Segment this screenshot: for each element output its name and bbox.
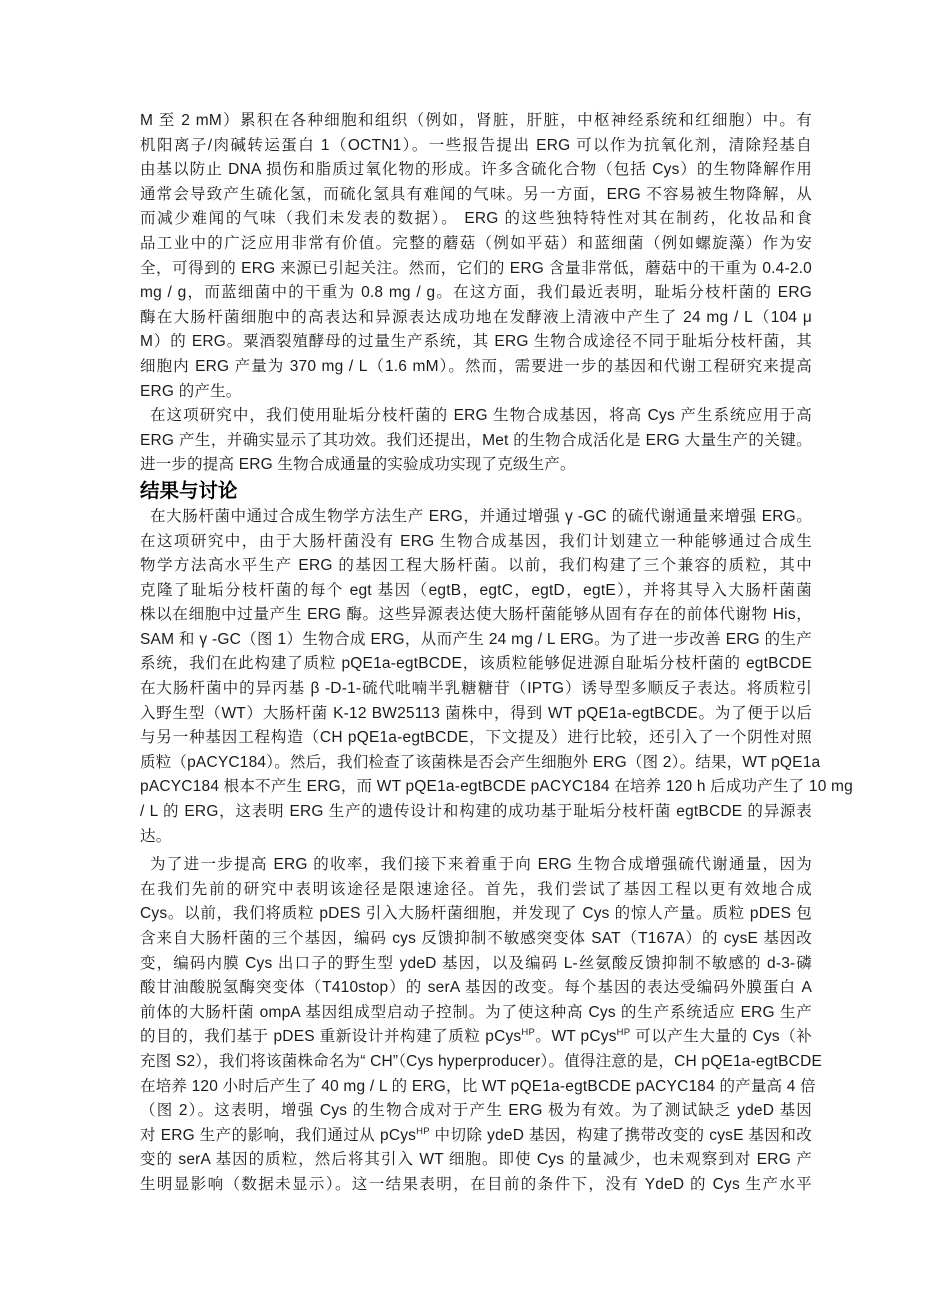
text-line: 生明显影响（数据未显示）。这一结果表明，在目前的条件下，没有 YdeD 的 Cy… xyxy=(140,1173,812,1198)
text-line: 为了进一步提高 ERG 的收率，我们接下来着重于向 ERG 生物合成增强硫代谢通… xyxy=(140,853,812,878)
text-line: M）的 ERG。粟酒裂殖酵母的过量生产系统，其 ERG 生物合成途径不同于耻垢分… xyxy=(140,330,812,355)
text-line: 酶在大肠杆菌细胞中的高表达和异源表达成功地在发酵液上清液中产生了 24 mg /… xyxy=(140,306,812,331)
text-line: M 至 2 mM）累积在各种细胞和组织（例如，肾脏，肝脏，中枢神经系统和红细胞）… xyxy=(140,109,812,134)
text-line: 品工业中的广泛应用非常有价值。完整的蘑菇（例如平菇）和蓝细菌（例如螺旋藻）作为安 xyxy=(140,232,812,257)
text-line: （图 2）。这表明，增强 Cys 的生物合成对于产生 ERG 极为有效。为了测试… xyxy=(140,1099,812,1124)
text-line: 在大肠杆菌中通过合成生物学方法生产 ERG，并通过增强 γ -GC 的硫代谢通量… xyxy=(140,505,812,530)
text-line: 在这项研究中，我们使用耻垢分枝杆菌的 ERG 生物合成基因，将高 Cys 产生系… xyxy=(140,404,812,429)
text-line: 充图 S2），我们将该菌株命名为“ CH”（Cys hyperproducer）… xyxy=(140,1050,812,1075)
text-line: 在培养 120 小时后产生了 40 mg / L 的 ERG，比 WT pQE1… xyxy=(140,1075,812,1100)
text-line: 对 ERG 生产的影响，我们通过从 pCysHP 中切除 ydeD 基因，构建了… xyxy=(140,1124,812,1149)
text-line: 质粒（pACYC184）。然后，我们检查了该菌株是否会产生细胞外 ERG（图 2… xyxy=(140,751,812,776)
text-line: / L 的 ERG，这表明 ERG 生产的遗传设计和构建的成功基于耻垢分枝杆菌 … xyxy=(140,800,812,825)
text-line: 而减少难闻的气味（我们未发表的数据）。 ERG 的这些独特特性对其在制药，化妆品… xyxy=(140,207,812,232)
text-line: 前体的大肠杆菌 ompA 基因组成型启动子控制。为了使这种高 Cys 的生产系统… xyxy=(140,1001,812,1026)
text-line: 克隆了耻垢分枝杆菌的每个 egt 基因（egtB，egtC，egtD，egtE）… xyxy=(140,579,812,604)
text-line: 进一步的提高 ERG 生物合成通量的实验成功实现了克级生产。 xyxy=(140,453,812,478)
superscript: HP xyxy=(416,1126,430,1137)
text-line: 细胞内 ERG 产量为 370 mg / L（1.6 mM）。然而，需要进一步的… xyxy=(140,355,812,380)
text-line: 与另一种基因工程构造（CH pQE1a-egtBCDE，下文提及）进行比较，还引… xyxy=(140,726,812,751)
text-line: 变的 serA 基因的质粒，然后将其引入 WT 细胞。即使 Cys 的量减少，也… xyxy=(140,1148,812,1173)
document-page: { "page": { "background": "#ffffff", "te… xyxy=(0,0,926,1309)
text-line: 变，编码内膜 Cys 出口子的野生型 ydeD 基因，以及编码 L-丝氨酸反馈抑… xyxy=(140,952,812,977)
paragraph: 在这项研究中，我们使用耻垢分枝杆菌的 ERG 生物合成基因，将高 Cys 产生系… xyxy=(140,404,812,478)
text-line: ERG 产生，并确实显示了其功效。我们还提出，Met 的生物合成活化是 ERG … xyxy=(140,429,812,454)
text-line: 的目的，我们基于 pDES 重新设计并构建了质粒 pCysHP。WT pCysH… xyxy=(140,1025,812,1050)
section-heading: 结果与讨论 xyxy=(140,478,812,505)
paragraph: 为了进一步提高 ERG 的收率，我们接下来着重于向 ERG 生物合成增强硫代谢通… xyxy=(140,853,812,1197)
text-line: 酸甘油酸脱氢酶突变体（T410stop）的 serA 基因的改变。每个基因的表达… xyxy=(140,976,812,1001)
document-body: M 至 2 mM）累积在各种细胞和组织（例如，肾脏，肝脏，中枢神经系统和红细胞）… xyxy=(140,109,812,1198)
superscript: HP xyxy=(617,1027,631,1038)
superscript: HP xyxy=(521,1027,535,1038)
text-line: 含来自大肠杆菌的三个基因，编码 cys 反馈抑制不敏感突变体 SAT（T167A… xyxy=(140,927,812,952)
text-line: 株以在细胞中过量产生 ERG 酶。这些异源表达使大肠杆菌能够从固有存在的前体代谢… xyxy=(140,603,812,628)
text-line: 入野生型（WT）大肠杆菌 K-12 BW25113 菌株中，得到 WT pQE1… xyxy=(140,702,812,727)
text-line: 系统，我们在此构建了质粒 pQE1a-egtBCDE，该质粒能够促进源自耻垢分枝… xyxy=(140,652,812,677)
paragraph: 在大肠杆菌中通过合成生物学方法生产 ERG，并通过增强 γ -GC 的硫代谢通量… xyxy=(140,505,812,849)
text-line: 在这项研究中，由于大肠杆菌没有 ERG 生物合成基因，我们计划建立一种能够通过合… xyxy=(140,530,812,555)
text-line: Cys。以前，我们将质粒 pDES 引入大肠杆菌细胞，并发现了 Cys 的惊人产… xyxy=(140,902,812,927)
text-line: 物学方法高水平生产 ERG 的基因工程大肠杆菌。以前，我们构建了三个兼容的质粒，… xyxy=(140,554,812,579)
text-line: 在大肠杆菌中的异丙基 β -D-1-硫代吡喃半乳糖糖苷（IPTG）诱导型多顺反子… xyxy=(140,677,812,702)
text-line: 全，可得到的 ERG 来源已引起关注。然而，它们的 ERG 含量非常低，蘑菇中的… xyxy=(140,257,812,282)
paragraph: M 至 2 mM）累积在各种细胞和组织（例如，肾脏，肝脏，中枢神经系统和红细胞）… xyxy=(140,109,812,404)
text-line: 达。 xyxy=(140,825,812,850)
text-line: 由基以防止 DNA 损伤和脂质过氧化物的形成。许多含硫化合物（包括 Cys）的生… xyxy=(140,158,812,183)
text-line: mg / g，而蓝细菌中的干重为 0.8 mg / g。在这方面，我们最近表明，… xyxy=(140,281,812,306)
text-line: SAM 和 γ -GC（图 1）生物合成 ERG，从而产生 24 mg / L … xyxy=(140,628,812,653)
text-line: ERG 的产生。 xyxy=(140,380,812,405)
text-line: pACYC184 根本不产生 ERG，而 WT pQE1a-egtBCDE pA… xyxy=(140,775,812,800)
text-line: 通常会导致产生硫化氢，而硫化氢具有难闻的气味。另一方面，ERG 不容易被生物降解… xyxy=(140,183,812,208)
text-line: 机阳离子/肉碱转运蛋白 1（OCTN1）。一些报告提出 ERG 可以作为抗氧化剂… xyxy=(140,134,812,159)
text-line: 在我们先前的研究中表明该途径是限速途径。首先，我们尝试了基因工程以更有效地合成 xyxy=(140,878,812,903)
